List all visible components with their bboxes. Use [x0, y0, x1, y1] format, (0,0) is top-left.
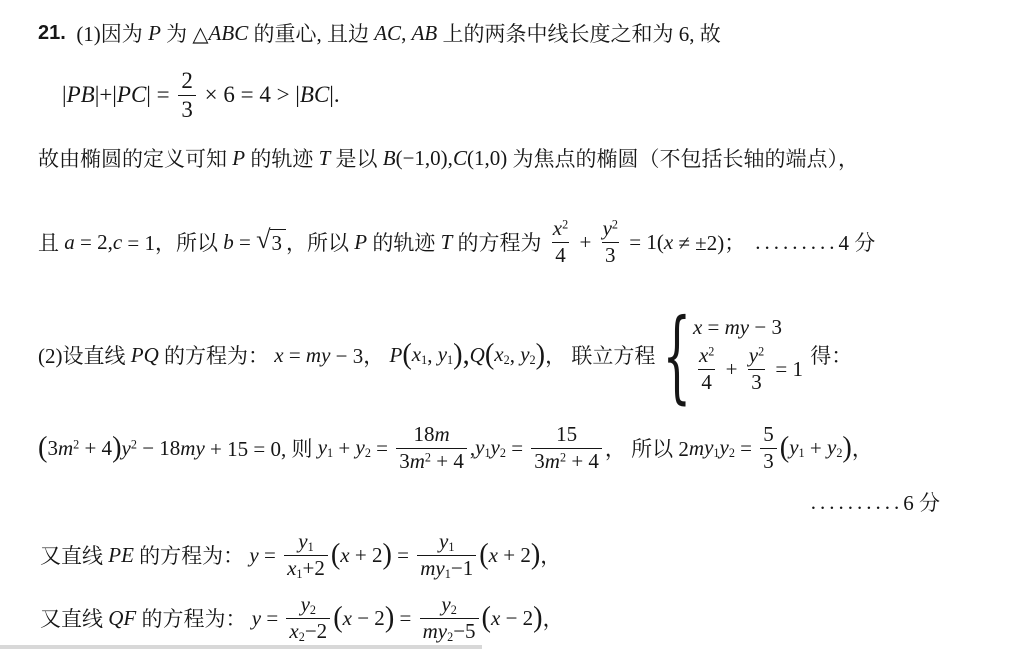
math-variable: y [439, 529, 448, 553]
math-variable: QF [108, 606, 136, 631]
math-text: 的方程为： [136, 603, 252, 633]
math-variable: my [420, 556, 445, 580]
math-text: ≠ ±2)； [673, 227, 745, 257]
math-text: × 6 = 4 > | [199, 82, 300, 108]
math-variable: my [423, 619, 448, 643]
math-variable: P [232, 146, 245, 171]
math-variable: y [704, 435, 713, 459]
math-variable: m [410, 449, 425, 473]
math-text: 上的两条中线长度之和为 6, 故 [437, 18, 721, 48]
system-row: x = my − 3 [693, 315, 803, 340]
solution-line-1: 21. (1)因为 P 为 △ABC 的重心, 且边 AC, AB 上的两条中线… [38, 19, 721, 47]
fraction: y2 3 [600, 216, 621, 267]
subscripted-variable: y2 [720, 435, 735, 461]
math-variable: T [441, 230, 453, 255]
subscript: 2 [451, 603, 457, 617]
math-text: ， 联立方程 [545, 340, 655, 370]
math-text: ， 所以 2 [605, 433, 689, 463]
subscripted-variable: y1 [789, 435, 804, 461]
math-text: , [427, 343, 438, 368]
math-variable: x [489, 543, 498, 568]
math-text: (2)设直线 [38, 340, 131, 370]
fraction: 15 3m2 + 4 [531, 422, 602, 473]
math-variable: my [180, 436, 205, 461]
math-text: = 1 [770, 357, 803, 382]
superscript: 2 [562, 218, 568, 232]
problem-number: 21. [38, 22, 66, 45]
math-variable: y [249, 543, 258, 568]
superscript: 2 [758, 345, 764, 359]
abs-bar: | = [146, 82, 175, 108]
math-text: = [284, 343, 306, 368]
fraction-denominator: 3m2 + 4 [396, 448, 467, 474]
math-text: = [234, 230, 256, 255]
math-text: = [261, 606, 283, 631]
math-variable: x [693, 315, 702, 340]
math-text: ， [852, 433, 873, 463]
fraction-denominator: my2−5 [420, 618, 479, 645]
dots-leader: .......... [811, 490, 904, 515]
math-text: 的方程为： [159, 340, 275, 370]
fraction-denominator: x2−2 [286, 618, 330, 645]
math-text: −5 [453, 619, 475, 643]
fraction-numerator: 15 [553, 422, 580, 447]
abs-bar: |+| [95, 82, 117, 108]
fraction-numerator: 5 [760, 422, 777, 447]
subscripted-variable: y1 [438, 342, 453, 368]
math-text: = [392, 543, 414, 568]
math-text: 又直线 [40, 603, 108, 633]
fraction-numerator: y1 [295, 529, 316, 555]
math-variable: y [491, 435, 500, 459]
big-paren: ) [533, 601, 542, 635]
math-text: (−1,0), [396, 146, 453, 171]
superscript: 2 [708, 345, 714, 359]
math-variable: x [343, 606, 352, 631]
math-text: ，所以 [286, 227, 354, 257]
solution-line-2: |PB|+|PC| = 2 3 × 6 = 4 > |BC|. [62, 57, 340, 133]
big-paren: ( [402, 338, 411, 372]
fraction: 2 3 [178, 67, 196, 123]
math-text: 3 [534, 449, 545, 473]
math-text: − 2 [352, 606, 385, 631]
math-text: 3 [399, 449, 410, 473]
math-text: + [805, 436, 827, 461]
math-text: + 4 [431, 449, 464, 473]
math-variable: my [306, 343, 331, 368]
fraction: y1 my1−1 [417, 529, 476, 581]
score-label: 6 分 [903, 487, 940, 517]
math-variable: y [122, 436, 131, 460]
math-text: (1,0) [467, 146, 507, 171]
solution-line-4: 且 a = 2,c = 1，所以 b = √3 ，所以 P 的轨迹 T 的方程为… [38, 202, 875, 282]
math-variable: y [749, 343, 758, 367]
big-paren: ) [112, 431, 121, 465]
math-variable: PB [67, 82, 95, 108]
solution-line-3: 故由椭圆的定义可知 P 的轨迹 T 是以 B(−1,0),C(1,0) 为焦点的… [38, 144, 859, 172]
fraction-numerator: y2 [746, 343, 767, 368]
system-brace: { [663, 308, 692, 403]
math-text: + 2 [498, 543, 531, 568]
big-paren: ) [536, 338, 545, 372]
math-variable: y [301, 592, 310, 616]
math-variable: y [298, 529, 307, 553]
solution-line-7: .......... 6 分 [801, 488, 940, 516]
fraction: x2 4 [696, 343, 717, 394]
fraction-numerator: y2 [298, 592, 319, 618]
math-variable: AC [374, 21, 401, 46]
math-text: ， [543, 603, 564, 633]
fraction-numerator: 18m [410, 422, 452, 447]
math-text: = 1，所以 [122, 227, 223, 257]
fraction-denominator: 3 [748, 369, 765, 395]
math-variable: y [720, 435, 729, 459]
math-variable: P [390, 343, 403, 368]
math-text: + [333, 436, 355, 461]
math-text: 的方程为 [452, 227, 547, 257]
math-variable: a [64, 230, 75, 255]
math-text: − 18 [137, 436, 180, 461]
subscript: 1 [308, 540, 314, 554]
math-variable: x [412, 342, 421, 366]
score-label: 4 分 [838, 227, 875, 257]
solution-line-9: 又直线 QF 的方程为： y = y2 x2−2 (x − 2) = y2 my… [40, 583, 564, 649]
math-text: 是以 [330, 143, 383, 173]
math-variable: y [789, 435, 798, 459]
math-text: − 3 [749, 315, 782, 340]
math-variable: m [545, 449, 560, 473]
math-text: = 2, [75, 230, 113, 255]
math-variable: x [553, 216, 562, 240]
math-text: (1)因为 [66, 18, 148, 48]
math-variable: m [434, 422, 449, 446]
math-text: − 3， [330, 340, 389, 370]
big-paren: ( [482, 601, 491, 635]
fraction-denominator: 4 [698, 369, 715, 395]
math-variable: x [491, 606, 500, 631]
fraction-denominator: x1+2 [284, 555, 328, 582]
subscripted-variable: y1 [704, 435, 719, 461]
big-paren: ( [485, 338, 494, 372]
math-text: 得： [805, 340, 852, 370]
fraction: x2 4 [550, 216, 571, 267]
superscript: 2 [612, 218, 618, 232]
math-variable: y [603, 216, 612, 240]
big-paren: ) [382, 538, 391, 572]
big-paren: ( [331, 538, 340, 572]
superscripted-variable: m2 [58, 436, 79, 461]
math-variable: my [725, 315, 750, 340]
math-text: 为 △ [161, 18, 209, 48]
bottom-edge-artifact [0, 645, 482, 649]
subscripted-variable: y1 [475, 435, 490, 461]
subscripted-variable: x1 [412, 342, 427, 368]
math-text: −2 [305, 619, 327, 643]
fraction-denominator: 3 [602, 242, 619, 268]
math-text: +2 [303, 556, 325, 580]
radicand: 3 [270, 229, 287, 256]
sqrt-radical: √3 [256, 229, 286, 256]
math-text: + [574, 230, 596, 255]
fraction-denominator: 3 [760, 448, 777, 474]
math-variable: y [252, 606, 261, 631]
fraction: 5 3 [760, 422, 777, 473]
math-variable: x [664, 230, 673, 255]
math-variable: x [289, 619, 298, 643]
solution-line-6: (3m2 + 4) y2 − 18my + 15 = 0, 则 y1 + y2 … [38, 408, 873, 488]
fraction: y2 3 [746, 343, 767, 394]
math-text: = [506, 436, 528, 461]
math-variable: b [223, 230, 234, 255]
math-variable: ABC [209, 21, 249, 46]
math-text: + [720, 357, 742, 382]
big-paren: ) [385, 601, 394, 635]
math-text: + 4 [566, 449, 599, 473]
math-text: 的重心, 且边 [248, 18, 374, 48]
math-variable: AB [412, 21, 438, 46]
fraction-numerator: 2 [178, 67, 196, 95]
subscripted-variable: y2 [355, 435, 370, 461]
math-variable: P [148, 21, 161, 46]
subscripted-variable: y2 [491, 435, 506, 461]
math-text: 故由椭圆的定义可知 [38, 143, 232, 173]
subscripted-variable: y1 [318, 435, 333, 461]
math-variable: Q [470, 343, 485, 368]
radical-sign-icon: √ [256, 227, 270, 253]
math-text: = [735, 436, 757, 461]
fraction: y2 my2−5 [420, 592, 479, 644]
math-variable: x [340, 543, 349, 568]
math-text: −1 [451, 556, 473, 580]
math-text: − 2 [500, 606, 533, 631]
superscripted-variable: y2 [122, 436, 137, 461]
fraction-numerator: y2 [438, 592, 459, 618]
big-paren: ( [38, 431, 47, 465]
solution-line-8: 又直线 PE 的方程为： y = y1 x1+2 (x + 2) = y1 my… [40, 520, 561, 590]
fraction: y2 x2−2 [286, 592, 330, 644]
math-text: + 2 [350, 543, 383, 568]
math-variable: BC [300, 82, 329, 108]
fraction: y1 x1+2 [284, 529, 328, 581]
math-variable: x [274, 343, 283, 368]
math-text: 的轨迹 [367, 227, 441, 257]
math-variable: y [441, 592, 450, 616]
math-text: + 15 = 0, 则 [205, 433, 318, 463]
math-variable: m [689, 436, 704, 461]
subscripted-variable: y2 [520, 342, 535, 368]
math-variable: C [453, 146, 467, 171]
math-text: , [510, 343, 521, 368]
big-paren: ( [479, 538, 488, 572]
math-text: = [259, 543, 281, 568]
big-paren: ), [453, 338, 470, 372]
system-rows: x = my − 3 x2 4 + y2 3 = 1 [693, 315, 803, 394]
math-variable: x [699, 343, 708, 367]
equation-system: { x = my − 3 x2 4 + y2 3 = 1 [657, 308, 803, 403]
fraction-denominator: my1−1 [417, 555, 476, 582]
math-text: = [394, 606, 416, 631]
subscripted-variable: y2 [827, 435, 842, 461]
math-text: |. [329, 82, 339, 108]
math-text: 的轨迹 [245, 143, 319, 173]
math-text: + 4 [79, 436, 112, 461]
system-row: x2 4 + y2 3 = 1 [693, 343, 803, 394]
math-text: 且 [38, 227, 64, 257]
math-text: 18 [413, 422, 434, 446]
subscript: 2 [310, 603, 316, 617]
math-variable: PC [117, 82, 146, 108]
math-variable: m [58, 436, 73, 460]
math-variable: c [113, 230, 122, 255]
math-variable: PE [108, 543, 134, 568]
fraction-numerator: y1 [436, 529, 457, 555]
solution-line-5: (2)设直线 PQ 的方程为： x = my − 3， P(x1, y1), Q… [38, 305, 852, 405]
math-text: 为焦点的椭圆（不包括长轴的端点）， [507, 143, 859, 173]
big-paren: ( [333, 601, 342, 635]
fraction-denominator: 3m2 + 4 [531, 448, 602, 474]
math-variable: y [827, 435, 836, 459]
big-paren: ) [531, 538, 540, 572]
math-text: 又直线 [40, 540, 108, 570]
math-variable: B [383, 146, 396, 171]
math-variable: y [318, 435, 327, 459]
dots-leader: ......... [755, 230, 838, 255]
math-text: = [702, 315, 724, 340]
fraction: 18m 3m2 + 4 [396, 422, 467, 473]
fraction-numerator: x2 [696, 343, 717, 368]
math-text: , [401, 21, 412, 46]
math-variable: x [494, 342, 503, 366]
math-variable: P [354, 230, 367, 255]
math-variable: y [438, 342, 447, 366]
math-text: ， [540, 540, 561, 570]
math-variable: y [520, 342, 529, 366]
big-paren: ( [780, 431, 789, 465]
math-text: = [371, 436, 393, 461]
math-text: 3 [47, 436, 58, 461]
math-variable: T [319, 146, 331, 171]
fraction-numerator: x2 [550, 216, 571, 241]
math-text: = 1( [624, 230, 664, 255]
fraction-denominator: 3 [178, 95, 196, 124]
fraction-numerator: y2 [600, 216, 621, 241]
subscripted-variable: x2 [494, 342, 509, 368]
math-text: 的方程为： [134, 540, 250, 570]
big-paren: ) [842, 431, 851, 465]
subscript: 1 [448, 540, 454, 554]
math-variable: y [355, 435, 364, 459]
fraction-denominator: 4 [552, 242, 569, 268]
math-variable: x [287, 556, 296, 580]
math-variable: PQ [131, 343, 159, 368]
